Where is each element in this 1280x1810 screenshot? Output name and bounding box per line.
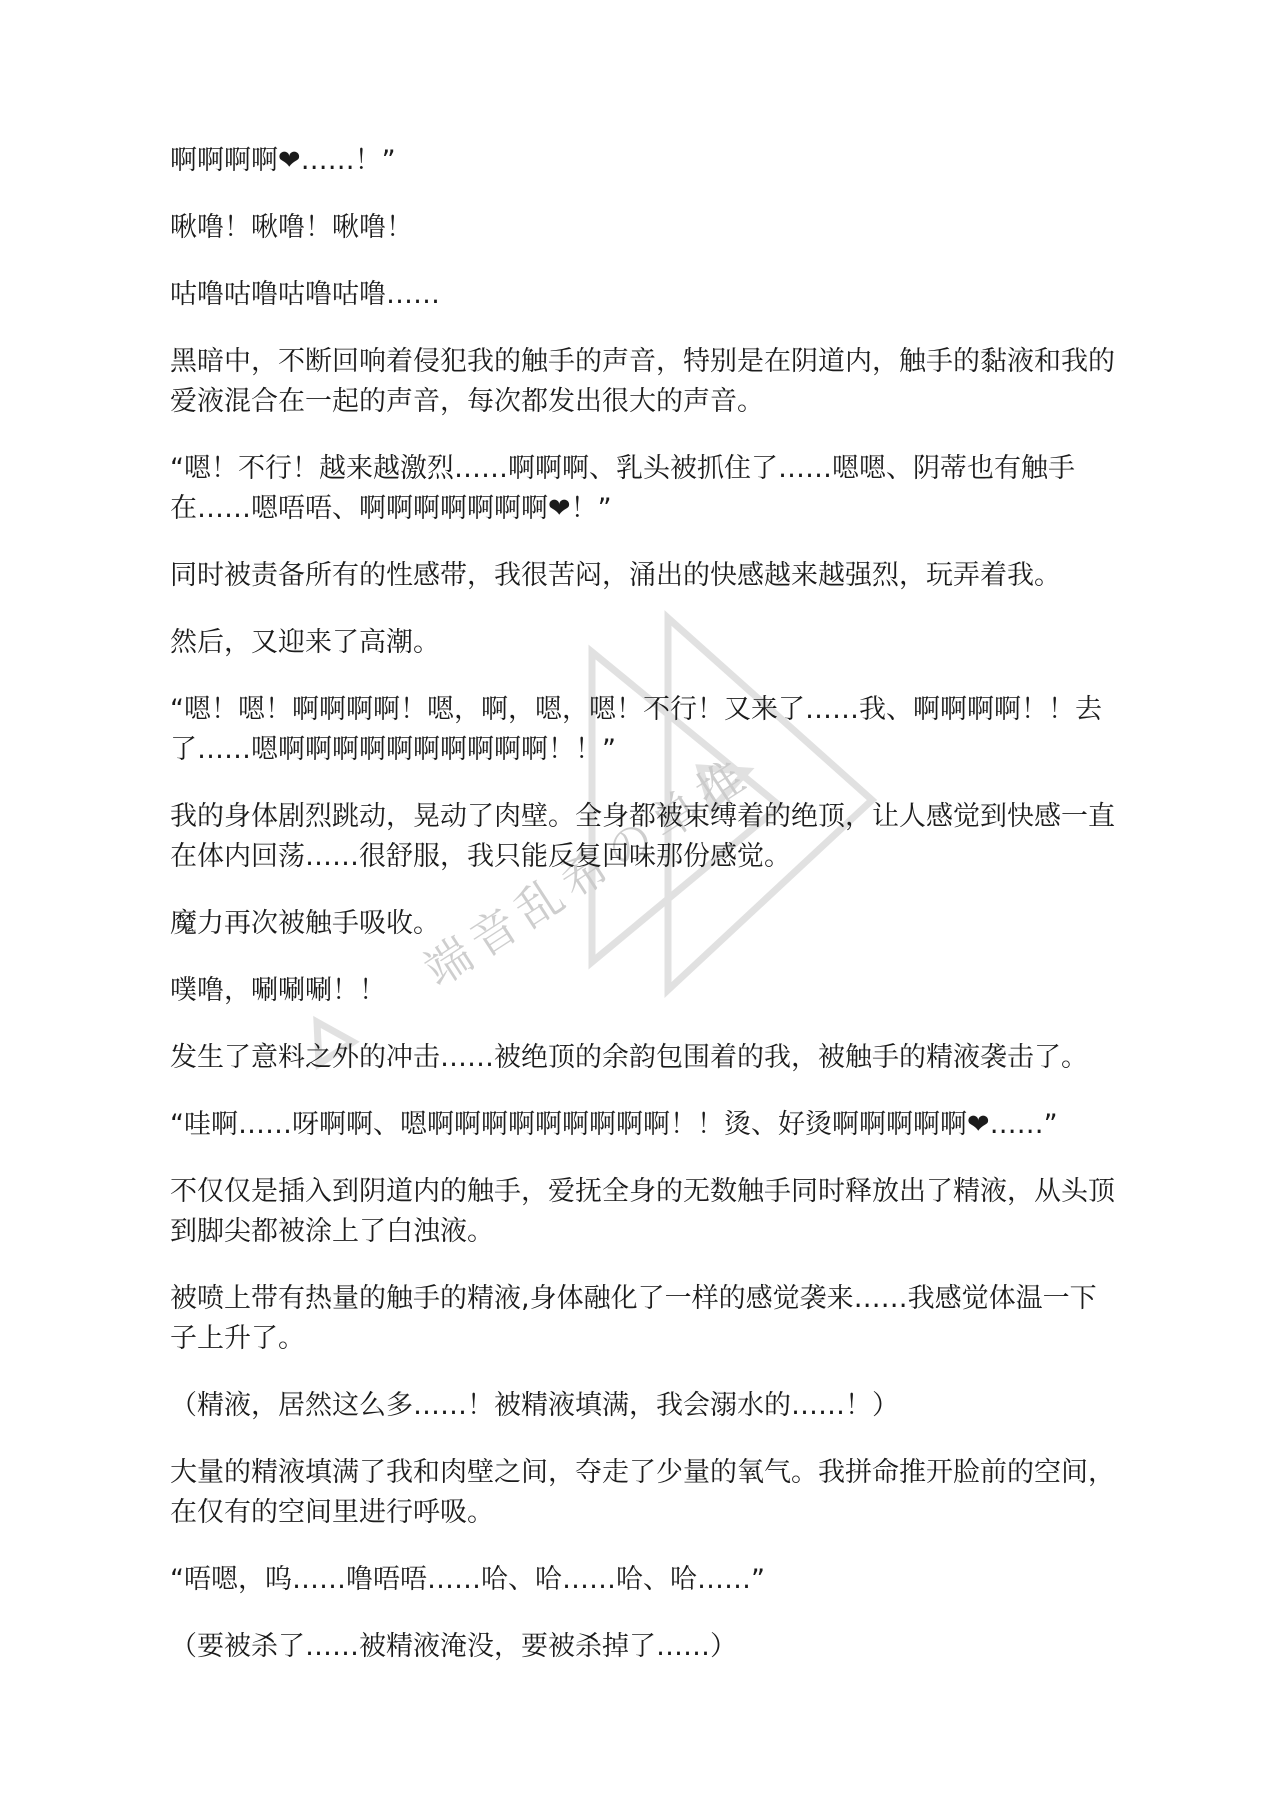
- text-line: 然后，又迎来了高潮。: [170, 623, 1118, 663]
- text-line: 咕噜咕噜咕噜咕噜……: [170, 275, 1118, 315]
- paragraph: 不仅仅是插入到阴道内的触手，爱抚全身的无数触手同时释放出了精液，从头顶到脚尖都被…: [170, 1172, 1118, 1252]
- paragraph: “唔嗯，呜……噜唔唔……哈、哈……哈、哈……”: [170, 1560, 1118, 1600]
- paragraph: 魔力再次被触手吸收。: [170, 904, 1118, 944]
- text-line: 发生了意料之外的冲击……被绝顶的余韵包围着的我，被触手的精液袭击了。: [170, 1038, 1118, 1078]
- text-line: 不仅仅是插入到阴道内的触手，爱抚全身的无数触手同时释放出了精液，从头顶: [170, 1172, 1118, 1212]
- text-line: 啊啊啊啊❤……！”: [170, 141, 1118, 181]
- text-line: 在……嗯唔唔、啊啊啊啊啊啊啊❤！”: [170, 489, 1118, 529]
- paragraph: 然后，又迎来了高潮。: [170, 623, 1118, 663]
- text-line: 黑暗中，不断回响着侵犯我的触手的声音，特别是在阴道内，触手的黏液和我的: [170, 342, 1118, 382]
- document-page: { "page": { "background_color": "#ffffff…: [0, 0, 1280, 1810]
- paragraph: “嗯！嗯！啊啊啊啊！嗯，啊，嗯，嗯！不行！又来了……我、啊啊啊啊！！去了……嗯啊…: [170, 690, 1118, 770]
- text-line: （精液，居然这么多……！被精液填满，我会溺水的……！）: [170, 1386, 1118, 1426]
- text-line: 同时被责备所有的性感带，我很苦闷，涌出的快感越来越强烈，玩弄着我。: [170, 556, 1118, 596]
- text-line: 了……嗯啊啊啊啊啊啊啊啊啊啊！！”: [170, 730, 1118, 770]
- paragraph: “哇啊……呀啊啊、嗯啊啊啊啊啊啊啊啊啊！！烫、好烫啊啊啊啊啊❤……”: [170, 1105, 1118, 1145]
- text-line: 到脚尖都被涂上了白浊液。: [170, 1212, 1118, 1252]
- paragraph: 我的身体剧烈跳动，晃动了肉壁。全身都被束缚着的绝顶，让人感觉到快感一直在体内回荡…: [170, 797, 1118, 877]
- paragraph: 啾噜！啾噜！啾噜！: [170, 208, 1118, 248]
- text-line: 大量的精液填满了我和肉壁之间，夺走了少量的氧气。我拼命推开脸前的空间，: [170, 1453, 1118, 1493]
- text-line: 爱液混合在一起的声音，每次都发出很大的声音。: [170, 382, 1118, 422]
- paragraph: 黑暗中，不断回响着侵犯我的触手的声音，特别是在阴道内，触手的黏液和我的爱液混合在…: [170, 342, 1118, 422]
- paragraph: “嗯！不行！越来越激烈……啊啊啊、乳头被抓住了……嗯嗯、阴蒂也有触手在……嗯唔唔…: [170, 449, 1118, 529]
- paragraph: （要被杀了……被精液淹没，要被杀掉了……）: [170, 1627, 1118, 1667]
- text-line: 啾噜！啾噜！啾噜！: [170, 208, 1118, 248]
- paragraph: （精液，居然这么多……！被精液填满，我会溺水的……！）: [170, 1386, 1118, 1426]
- paragraph: 噗噜，唰唰唰！！: [170, 971, 1118, 1011]
- paragraph: 大量的精液填满了我和肉壁之间，夺走了少量的氧气。我拼命推开脸前的空间，在仅有的空…: [170, 1453, 1118, 1533]
- text-line: 被喷上带有热量的触手的精液,身体融化了一样的感觉袭来……我感觉体温一下: [170, 1279, 1118, 1319]
- paragraph: 啊啊啊啊❤……！”: [170, 141, 1118, 181]
- text-line: “唔嗯，呜……噜唔唔……哈、哈……哈、哈……”: [170, 1560, 1118, 1600]
- text-line: 在仅有的空间里进行呼吸。: [170, 1493, 1118, 1533]
- text-line: “哇啊……呀啊啊、嗯啊啊啊啊啊啊啊啊啊！！烫、好烫啊啊啊啊啊❤……”: [170, 1105, 1118, 1145]
- text-line: “嗯！嗯！啊啊啊啊！嗯，啊，嗯，嗯！不行！又来了……我、啊啊啊啊！！去: [170, 690, 1118, 730]
- page-content: 啊啊啊啊❤……！”啾噜！啾噜！啾噜！咕噜咕噜咕噜咕噜……黑暗中，不断回响着侵犯我…: [170, 141, 1118, 1694]
- paragraph: 发生了意料之外的冲击……被绝顶的余韵包围着的我，被触手的精液袭击了。: [170, 1038, 1118, 1078]
- text-line: 魔力再次被触手吸收。: [170, 904, 1118, 944]
- paragraph: 咕噜咕噜咕噜咕噜……: [170, 275, 1118, 315]
- text-line: （要被杀了……被精液淹没，要被杀掉了……）: [170, 1627, 1118, 1667]
- paragraph: 同时被责备所有的性感带，我很苦闷，涌出的快感越来越强烈，玩弄着我。: [170, 556, 1118, 596]
- text-line: 在体内回荡……很舒服，我只能反复回味那份感觉。: [170, 837, 1118, 877]
- text-line: 子上升了。: [170, 1319, 1118, 1359]
- text-line: “嗯！不行！越来越激烈……啊啊啊、乳头被抓住了……嗯嗯、阴蒂也有触手: [170, 449, 1118, 489]
- paragraph: 被喷上带有热量的触手的精液,身体融化了一样的感觉袭来……我感觉体温一下子上升了。: [170, 1279, 1118, 1359]
- text-line: 噗噜，唰唰唰！！: [170, 971, 1118, 1011]
- text-line: 我的身体剧烈跳动，晃动了肉壁。全身都被束缚着的绝顶，让人感觉到快感一直: [170, 797, 1118, 837]
